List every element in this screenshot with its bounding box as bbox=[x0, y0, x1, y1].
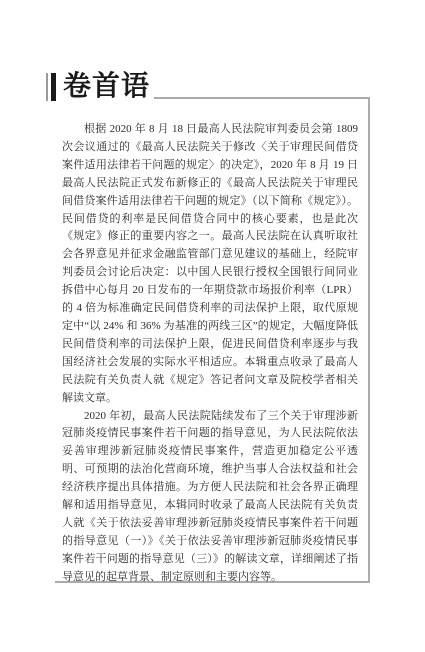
title-accent-thin-bar bbox=[46, 73, 48, 101]
title-underline-rule bbox=[154, 97, 370, 99]
title-accent-bar bbox=[51, 73, 56, 101]
preface-page: 卷首语 根据 2020 年 8 月 18 日最高人民法院审判委员会第 1809 … bbox=[0, 0, 425, 652]
right-border-rule bbox=[368, 99, 370, 583]
preface-paragraph-2: 2020 年初，最高人民法院陆续发布了三个关于审理涉新冠肺炎疫情民事案件若干问题… bbox=[62, 408, 358, 587]
title-block: 卷首语 bbox=[46, 70, 370, 102]
preface-text: 根据 2020 年 8 月 18 日最高人民法院审判委员会第 1809 次会议通… bbox=[62, 121, 358, 587]
preface-paragraph-1: 根据 2020 年 8 月 18 日最高人民法院审判委员会第 1809 次会议通… bbox=[62, 121, 358, 408]
page-title: 卷首语 bbox=[63, 70, 150, 102]
